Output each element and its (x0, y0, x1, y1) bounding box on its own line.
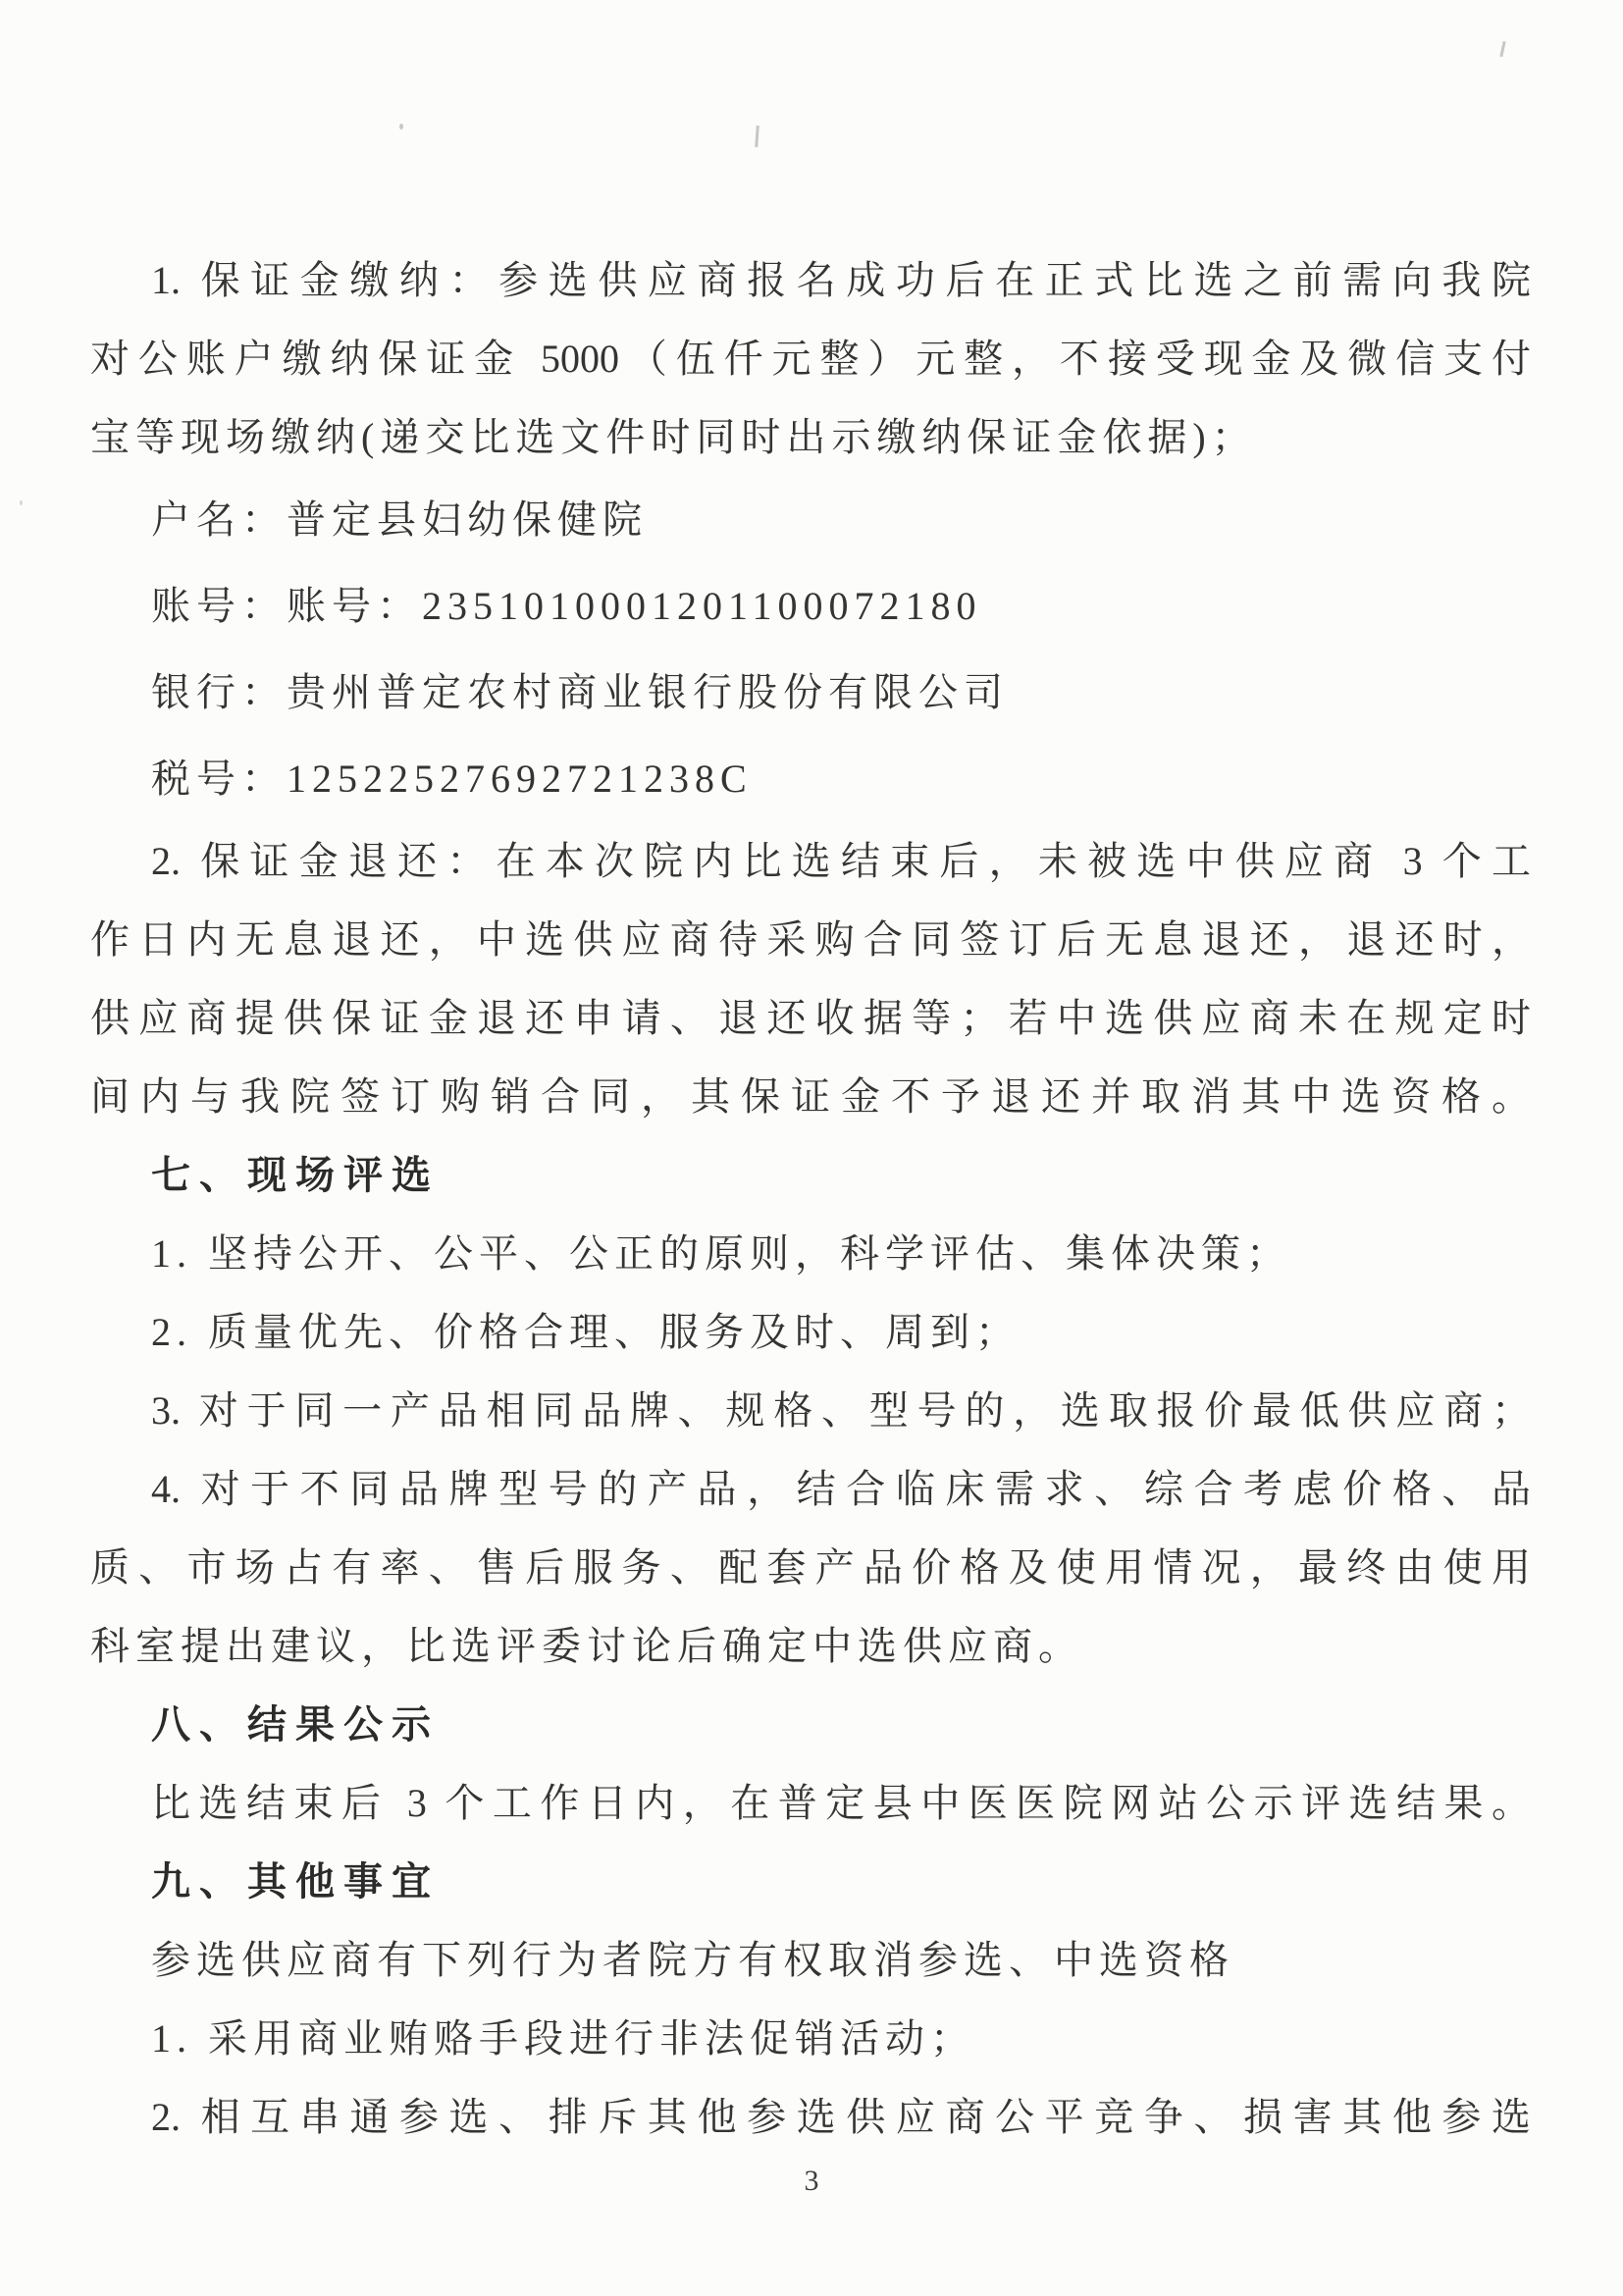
evaluation-item-4-line-2: 质、市场占有率、售后服务、配套产品价格及使用情况，最终由使用 (90, 1529, 1531, 1607)
other-matters-item-2-line-1: 2. 相互串通参选、排斥其他参选供应商公平竞争、损害其他参选 (90, 2078, 1531, 2157)
scan-artifact (399, 124, 403, 130)
evaluation-item-4-line-1: 4. 对于不同品牌型号的产品，结合临床需求、综合考虑价格、品 (90, 1450, 1531, 1529)
deposit-refund-line-4: 间内与我院签订购销合同，其保证金不予退还并取消其中选资格。 (90, 1058, 1531, 1136)
evaluation-item-4-line-3: 科室提出建议，比选评委讨论后确定中选供应商。 (90, 1607, 1531, 1686)
evaluation-item-1: 1. 坚持公开、公平、公正的原则，科学评估、集体决策； (90, 1215, 1531, 1293)
bank-name-line: 银行：贵州普定农村商业银行股份有限公司 (90, 650, 1531, 736)
heading-other-matters: 九、其他事宜 (90, 1843, 1531, 1921)
result-publicity-line: 比选结束后 3 个工作日内，在普定县中医医院网站公示评选结果。 (90, 1764, 1531, 1843)
other-matters-intro-line: 参选供应商有下列行为者院方有权取消参选、中选资格 (90, 1921, 1531, 2000)
scan-artifact (20, 500, 23, 505)
deposit-payment-line-1: 1. 保证金缴纳：参选供应商报名成功后在正式比选之前需向我院 (90, 241, 1531, 320)
heading-onsite-evaluation: 七、现场评选 (90, 1136, 1531, 1215)
deposit-refund-line-3: 供应商提供保证金退还申请、退还收据等；若中选供应商未在规定时 (90, 979, 1531, 1058)
account-number-line: 账号：账号：2351010001201100072180 (90, 563, 1531, 650)
other-matters-item-1: 1. 采用商业贿赂手段进行非法促销活动； (90, 2000, 1531, 2078)
deposit-refund-line-2: 作日内无息退还，中选供应商待采购合同签订后无息退还，退还时， (90, 901, 1531, 979)
document-page: 1. 保证金缴纳：参选供应商报名成功后在正式比选之前需向我院 对公账户缴纳保证金… (0, 0, 1623, 2296)
page-number: 3 (0, 2165, 1623, 2198)
evaluation-item-2: 2. 质量优先、价格合理、服务及时、周到； (90, 1293, 1531, 1372)
deposit-payment-line-2: 对公账户缴纳保证金 5000（伍仟元整）元整，不接受现金及微信支付 (90, 320, 1531, 398)
heading-result-publicity: 八、结果公示 (90, 1686, 1531, 1764)
account-name-line: 户名：普定县妇幼保健院 (90, 477, 1531, 563)
scan-artifact (1499, 41, 1505, 57)
evaluation-item-3: 3. 对于同一产品相同品牌、规格、型号的，选取报价最低供应商； (90, 1372, 1531, 1450)
deposit-refund-line-1: 2. 保证金退还：在本次院内比选结束后，未被选中供应商 3 个工 (90, 822, 1531, 901)
deposit-payment-line-3: 宝等现场缴纳(递交比选文件时同时出示缴纳保证金依据)； (90, 398, 1531, 477)
tax-number-line: 税号：12522527692721238C (90, 736, 1531, 822)
document-body: 1. 保证金缴纳：参选供应商报名成功后在正式比选之前需向我院 对公账户缴纳保证金… (90, 241, 1531, 2157)
scan-artifact (755, 126, 759, 147)
